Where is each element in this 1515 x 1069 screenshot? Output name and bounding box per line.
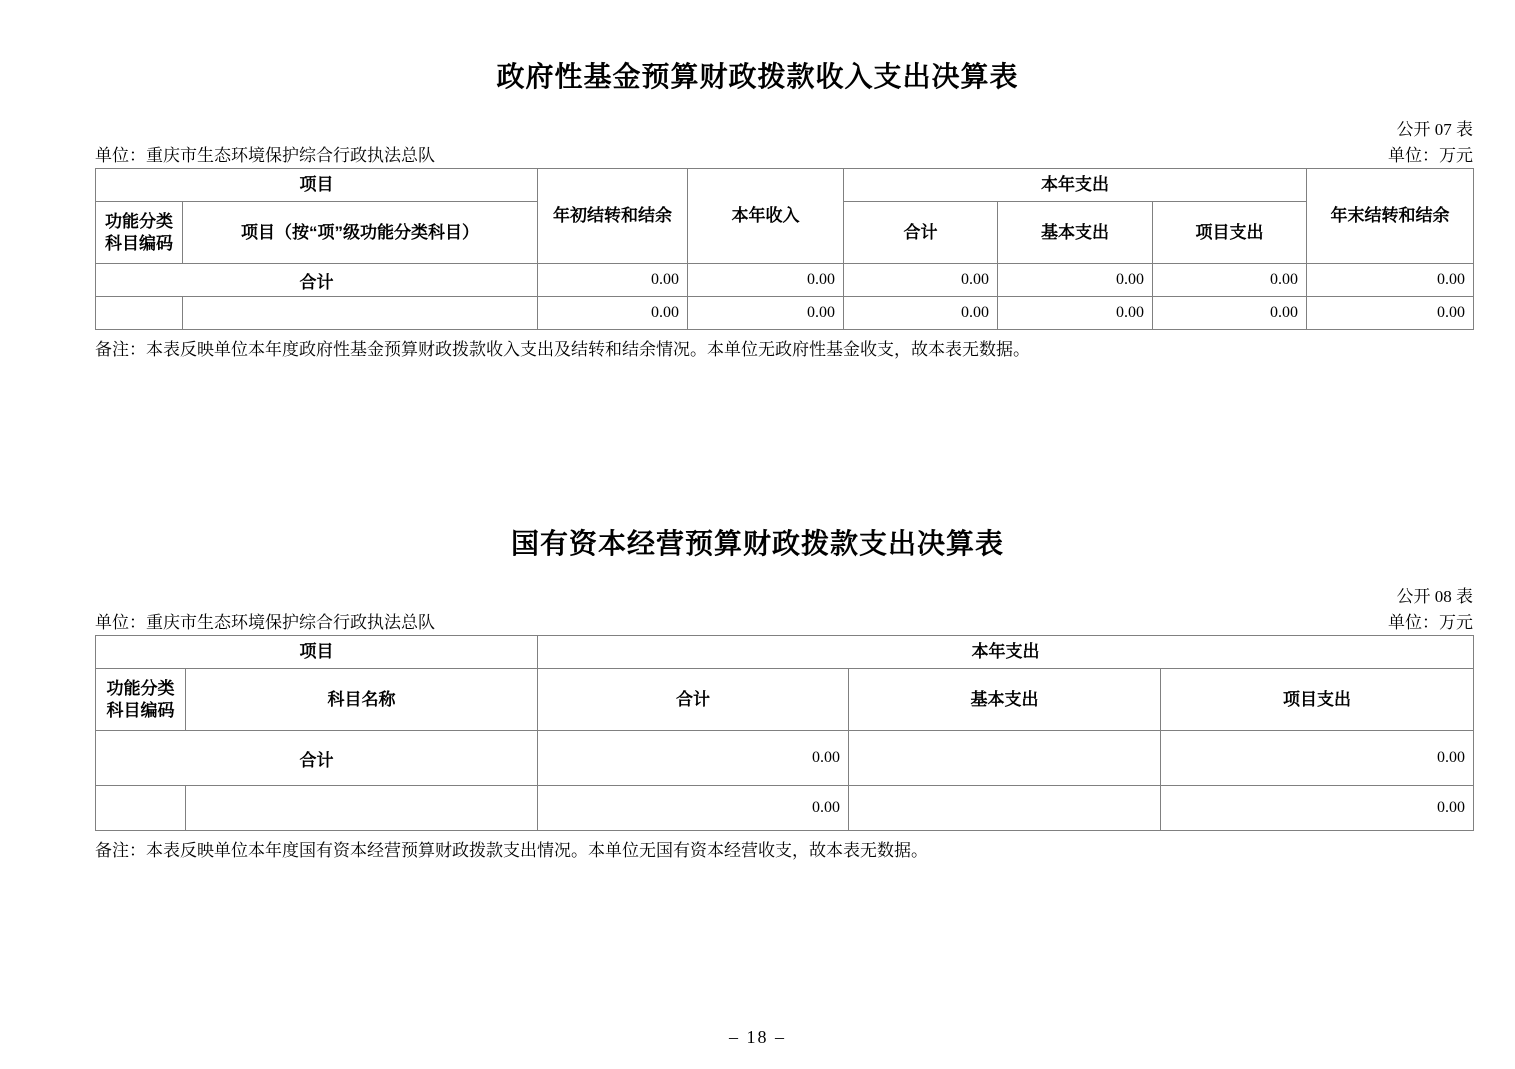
func-code-line2: 科目编码 <box>96 233 182 255</box>
section2-unit-measure: 单位：万元 <box>1388 611 1473 635</box>
header-cell-basic-expense: 基本支出 <box>998 202 1153 264</box>
cell-value: 0.00 <box>1161 731 1474 786</box>
header-cell-begin-balance: 年初结转和结余 <box>538 169 688 264</box>
header-cell-end-balance: 年末结转和结余 <box>1307 169 1474 264</box>
func-code-line1: 功能分类 <box>96 211 182 233</box>
table-row: 0.00 0.00 0.00 0.00 0.00 0.00 <box>96 297 1474 330</box>
cell-value: 0.00 <box>844 264 998 297</box>
header-cell-year-expense: 本年支出 <box>844 169 1307 202</box>
cell-value <box>849 731 1161 786</box>
table-row: 0.00 0.00 <box>96 786 1474 831</box>
cell-value: 0.00 <box>844 297 998 330</box>
section2-title: 国有资本经营预算财政拨款支出决算表 <box>0 525 1515 565</box>
func-code-line1: 功能分类 <box>96 678 185 700</box>
cell-item-name <box>183 297 538 330</box>
document-page: 政府性基金预算财政拨款收入支出决算表 公开 07 表 单位：重庆市生态环境保护综… <box>0 0 1515 1069</box>
section2-unit-row: 单位：重庆市生态环境保护综合行政执法总队 单位：万元 <box>95 611 1473 635</box>
cell-subject-name <box>186 786 538 831</box>
cell-value: 0.00 <box>538 786 849 831</box>
cell-value: 0.00 <box>538 731 849 786</box>
header-cell-total: 合计 <box>538 669 849 731</box>
header-cell-func-code: 功能分类 科目编码 <box>96 202 183 264</box>
cell-row-label: 合计 <box>96 264 538 297</box>
table-row-total: 合计 0.00 0.00 <box>96 731 1474 786</box>
page-number: – 18 – <box>0 1027 1515 1048</box>
section1-unit-row: 单位：重庆市生态环境保护综合行政执法总队 单位：万元 <box>95 144 1473 168</box>
table-row-total: 合计 0.00 0.00 0.00 0.00 0.00 0.00 <box>96 264 1474 297</box>
section1-unit-measure: 单位：万元 <box>1388 144 1473 168</box>
header-cell-project-expense: 项目支出 <box>1153 202 1307 264</box>
section2-remark: 备注：本表反映单位本年度国有资本经营预算财政拨款支出情况。本单位无国有资本经营收… <box>95 840 1473 862</box>
section1-remark: 备注：本表反映单位本年度政府性基金预算财政拨款收入支出及结转和结余情况。本单位无… <box>95 339 1473 361</box>
header-cell-project: 项目 <box>96 636 538 669</box>
gov-fund-table: 项目 年初结转和结余 本年收入 本年支出 年末结转和结余 功能分类 科目编码 项… <box>95 168 1474 330</box>
section2-table-label: 公开 08 表 <box>95 585 1473 609</box>
cell-value: 0.00 <box>688 264 844 297</box>
header-cell-basic-expense: 基本支出 <box>849 669 1161 731</box>
header-cell-project-expense: 项目支出 <box>1161 669 1474 731</box>
header-cell-subject-name: 科目名称 <box>186 669 538 731</box>
section1-unit-org: 单位：重庆市生态环境保护综合行政执法总队 <box>95 144 435 168</box>
cell-func-code <box>96 297 183 330</box>
cell-value: 0.00 <box>1161 786 1474 831</box>
cell-func-code <box>96 786 186 831</box>
cell-value: 0.00 <box>998 297 1153 330</box>
cell-value: 0.00 <box>1153 264 1307 297</box>
state-capital-table: 项目 本年支出 功能分类 科目编码 科目名称 合计 基本支出 项目支出 合计 0… <box>95 635 1474 831</box>
cell-value <box>849 786 1161 831</box>
header-cell-project: 项目 <box>96 169 538 202</box>
cell-value: 0.00 <box>538 264 688 297</box>
section2-unit-org: 单位：重庆市生态环境保护综合行政执法总队 <box>95 611 435 635</box>
table-row: 功能分类 科目编码 科目名称 合计 基本支出 项目支出 <box>96 669 1474 731</box>
table-row: 项目 本年支出 <box>96 636 1474 669</box>
cell-value: 0.00 <box>1307 297 1474 330</box>
header-cell-func-code: 功能分类 科目编码 <box>96 669 186 731</box>
cell-value: 0.00 <box>1307 264 1474 297</box>
func-code-line2: 科目编码 <box>96 700 185 722</box>
cell-row-label: 合计 <box>96 731 538 786</box>
header-cell-project-item: 项目（按“项”级功能分类科目） <box>183 202 538 264</box>
cell-value: 0.00 <box>998 264 1153 297</box>
cell-value: 0.00 <box>538 297 688 330</box>
cell-value: 0.00 <box>1153 297 1307 330</box>
header-cell-total: 合计 <box>844 202 998 264</box>
section1-table-label: 公开 07 表 <box>95 118 1473 142</box>
header-cell-year-income: 本年收入 <box>688 169 844 264</box>
cell-value: 0.00 <box>688 297 844 330</box>
table-row: 项目 年初结转和结余 本年收入 本年支出 年末结转和结余 <box>96 169 1474 202</box>
section1-title: 政府性基金预算财政拨款收入支出决算表 <box>0 0 1515 98</box>
header-cell-year-expense: 本年支出 <box>538 636 1474 669</box>
